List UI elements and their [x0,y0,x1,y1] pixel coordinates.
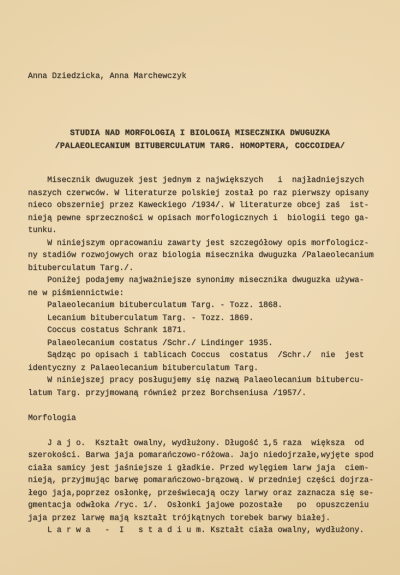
text-line: nieco obszerniej przez Kaweckiego /1934/… [28,200,382,213]
text-line: nieją pewne sprzeczności w opisach morfo… [28,213,382,226]
text-line: bituberculatum Targ./. [28,263,382,276]
paper-title-line-2: /PALAEOLECANIUM BITUBERCULATUM TARG. HOM… [0,141,400,154]
text-line: ciała samicy jest jaśniejsze i gładkie. … [28,463,382,476]
synonym-list: Palaeolecanium bituberculatum Targ. - To… [28,300,382,350]
document-page: Anna Dziedzicka, Anna Marchewczyk STUDIA… [0,0,400,575]
paragraph-synonym-discussion: Sądząc po opisach i tablicach Coccus cos… [28,350,382,400]
paragraph-larva-first-stage: L a r w a - I s t a d i u m. Kształt cia… [28,525,382,538]
text-line: Sądząc po opisach i tablicach Coccus cos… [28,350,382,363]
paragraph-scope: W niniejszym opracowaniu zawarty jest sz… [28,238,382,276]
text-line: W niniejszej pracy posługujemy się nazwą… [28,375,382,388]
section-heading-morphology: Morfologia [28,413,382,426]
paragraph-egg-description: J a j o. Kształt owalny, wydłużony. Dług… [28,438,382,526]
text-line: Palaeolecanium costatus /Schr./ Lindinge… [28,338,382,351]
text-line: nieją, przyjmując barwę pomarańczowo-brą… [28,475,382,488]
text-line: szerokości. Barwa jaja pomarańczowo-różo… [28,450,382,463]
text-line: Palaeolecanium bituberculatum Targ. - To… [28,300,382,313]
paragraph-intro: Misecznik dwuguzek jest jednym z najwięk… [28,175,382,238]
text-line: J a j o. Kształt owalny, wydłużony. Dług… [28,438,382,451]
text-line: ny stadiów rozwojowych oraz biologia mis… [28,250,382,263]
text-line: L a r w a - I s t a d i u m. Kształt cia… [28,525,382,538]
text-line: tunku. [28,225,382,238]
text-line: Misecznik dwuguzek jest jednym z najwięk… [28,175,382,188]
document-body: Misecznik dwuguzek jest jednym z najwięk… [28,175,382,538]
text-line: W niniejszym opracowaniu zawarty jest sz… [28,238,382,251]
text-line: Lecanium bituberculatum Targ. - Tozz. 18… [28,313,382,326]
paper-title: STUDIA NAD MORFOLOGIĄ I BIOLOGIĄ MISECZN… [0,128,400,153]
text-line: ne w piśmiennictwie: [28,288,382,301]
text-line: Coccus costatus Schrank 1871. [28,325,382,338]
paper-title-line-1: STUDIA NAD MORFOLOGIĄ I BIOLOGIĄ MISECZN… [0,128,400,141]
author-byline: Anna Dziedzicka, Anna Marchewczyk [28,72,186,81]
text-line: Poniżej podajemy najważniejsze synonimy … [28,275,382,288]
text-line: łego jaja,poprzez osłonkę, przeświecają … [28,488,382,501]
paragraph-synonyms-intro: Poniżej podajemy najważniejsze synonimy … [28,275,382,300]
text-line: naszych czerwców. W literaturze polskiej… [28,188,382,201]
text-line: identyczny z Palaeolecanium bituberculat… [28,363,382,376]
text-line: jaja przez larwę mają kształt trójkątnyc… [28,513,382,526]
text-line: gmentacja odwłoka /ryc. 1/. Osłonki jajo… [28,500,382,513]
text-line: latum Targ. przyjmowaną również przez Bo… [28,388,382,401]
